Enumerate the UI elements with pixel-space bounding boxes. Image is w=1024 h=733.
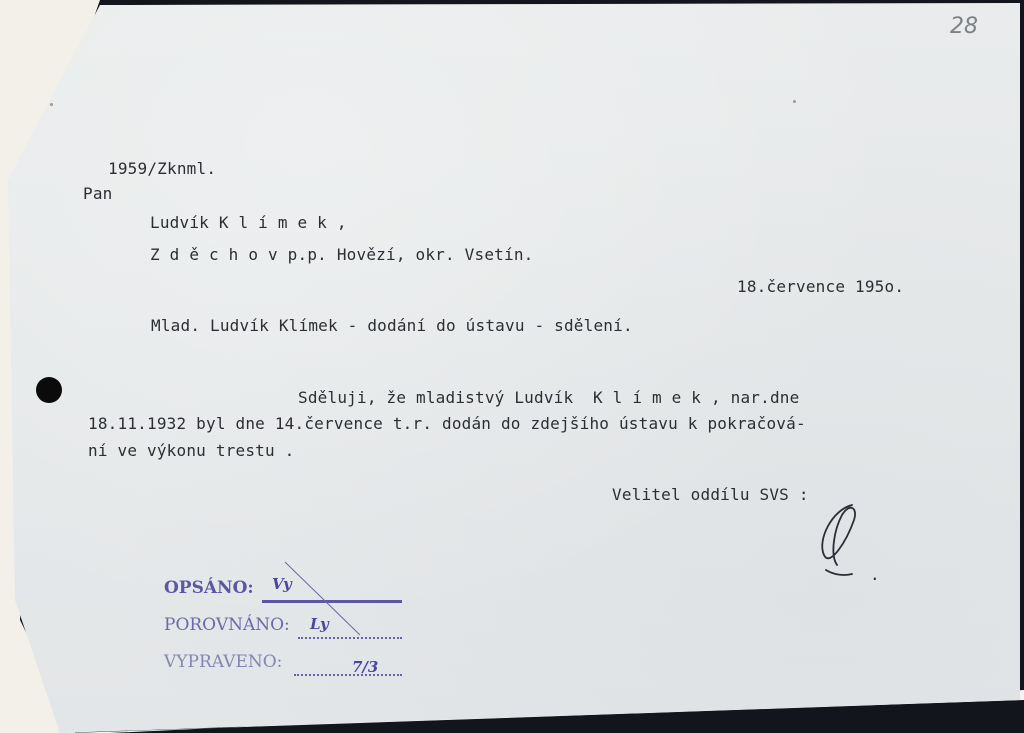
- paper-speck: [50, 103, 53, 106]
- signature-title: Velitel oddílu SVS :: [612, 485, 809, 504]
- document-page: [0, 0, 1024, 733]
- body-line: ní ve výkonu trestu .: [88, 441, 295, 460]
- stamp-label-opsano: OPSÁNO:: [164, 578, 254, 598]
- document-date: 18.července 195o.: [737, 277, 904, 296]
- scanned-document-view: 28 1959/Zknml. Pan Ludvík K l í m e k , …: [0, 0, 1024, 733]
- signature-scribble-icon: [812, 500, 872, 580]
- stamp-label-vypraveno: VYPRAVENO:: [164, 652, 282, 672]
- reference-number: 1959/Zknml.: [108, 159, 216, 178]
- stamp-initials: 7/3: [352, 658, 378, 676]
- subject-line: Mlad. Ludvík Klímek - dodání do ústavu -…: [151, 316, 633, 335]
- recipient-name: Ludvík K l í m e k ,: [150, 213, 347, 232]
- page-number: 28: [950, 14, 978, 39]
- body-line: Sděluji, že mladistvý Ludvík K l í m e k…: [298, 388, 799, 407]
- recipient-address: Z d ě c h o v p.p. Hovězí, okr. Vsetín.: [150, 245, 533, 264]
- paper-speck: [793, 100, 796, 103]
- stamp-line: [294, 674, 402, 676]
- stamp-label-porovnano: POROVNÁNO:: [164, 615, 290, 635]
- salutation: Pan: [83, 184, 113, 203]
- signature-period: .: [870, 565, 880, 584]
- body-line: 18.11.1932 byl dne 14.července t.r. dodá…: [88, 414, 806, 433]
- stamp-diagonal-stroke-icon: [280, 560, 370, 640]
- punch-hole: [36, 377, 62, 403]
